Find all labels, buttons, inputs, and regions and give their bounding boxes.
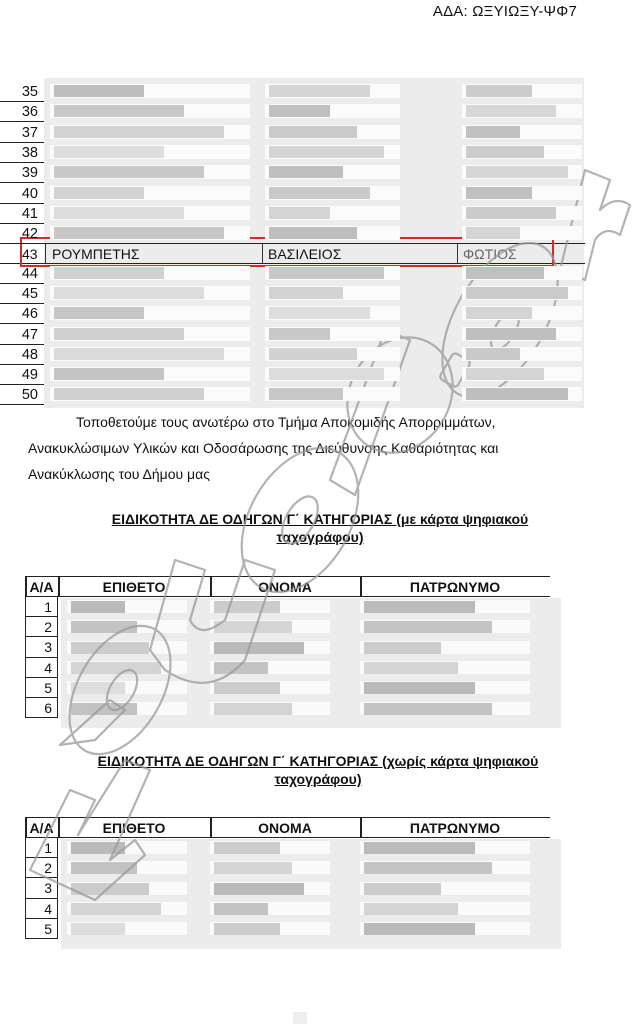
redacted-text bbox=[364, 642, 441, 654]
paragraph-line: Τοποθετούμε τους ανωτέρω στο Τμήμα Αποκο… bbox=[28, 409, 562, 435]
row-number: 50 bbox=[0, 385, 44, 405]
redacted-text bbox=[466, 105, 556, 117]
redacted-text bbox=[269, 146, 384, 158]
redacted-text bbox=[54, 146, 164, 158]
section-title-line: ταχογράφου) bbox=[90, 528, 550, 546]
redacted-text bbox=[214, 682, 280, 694]
section-title-with-tachograph: ΕΙΔΙΚΟΤΗΤΑ ΔΕ ΟΔΗΓΩΝ Γ΄ ΚΑΤΗΓΟΡΙΑΣ (με κ… bbox=[90, 510, 550, 546]
redacted-text bbox=[214, 862, 292, 874]
redacted-text bbox=[269, 187, 370, 199]
paragraph-line: Ανακύκλωσης του Δήμου μας bbox=[28, 461, 562, 487]
redacted-text bbox=[364, 903, 458, 915]
column-header: ΟΝΟΜΑ bbox=[210, 577, 360, 597]
row-number: 5 bbox=[26, 919, 57, 939]
redacted-text bbox=[269, 388, 343, 400]
row-number: 48 bbox=[0, 345, 44, 365]
row-number: 49 bbox=[0, 365, 44, 385]
column-header: ΟΝΟΜΑ bbox=[210, 818, 360, 838]
row-number: 2 bbox=[26, 858, 57, 878]
redacted-text bbox=[269, 227, 357, 239]
redacted-text bbox=[214, 703, 292, 715]
redacted-text bbox=[54, 85, 144, 97]
redacted-text bbox=[364, 862, 492, 874]
redacted-text bbox=[214, 903, 268, 915]
column-header: Α/Α bbox=[25, 818, 58, 838]
redacted-text bbox=[54, 207, 184, 219]
redacted-text bbox=[214, 601, 280, 613]
redacted-text bbox=[364, 621, 492, 633]
redacted-text bbox=[269, 307, 370, 319]
redacted-text bbox=[54, 187, 144, 199]
column-header: ΠΑΤΡΩΝΥΜΟ bbox=[360, 577, 550, 597]
column-divider bbox=[360, 818, 362, 838]
redacted-text bbox=[269, 287, 343, 299]
column-divider bbox=[210, 577, 212, 597]
redacted-text bbox=[364, 883, 441, 895]
redacted-text bbox=[364, 842, 475, 854]
row-number: 42 bbox=[0, 224, 44, 244]
row-number: 3 bbox=[26, 878, 57, 898]
redacted-text bbox=[466, 368, 544, 380]
redacted-text bbox=[71, 642, 149, 654]
redacted-text bbox=[54, 388, 204, 400]
row-number: 44 bbox=[0, 264, 44, 284]
row-number: 3 bbox=[26, 637, 57, 657]
redacted-text bbox=[71, 682, 125, 694]
redacted-text bbox=[466, 146, 544, 158]
redacted-text bbox=[54, 227, 224, 239]
redacted-text bbox=[269, 328, 330, 340]
redacted-text bbox=[466, 388, 568, 400]
redacted-text bbox=[466, 166, 568, 178]
row-number: 37 bbox=[0, 123, 44, 143]
redacted-text bbox=[364, 682, 475, 694]
row-number: 1 bbox=[26, 838, 57, 858]
redacted-text bbox=[54, 348, 224, 360]
redacted-text bbox=[269, 85, 370, 97]
redacted-text bbox=[214, 842, 280, 854]
column-divider bbox=[25, 818, 27, 838]
redacted-text bbox=[466, 85, 532, 97]
redacted-text bbox=[269, 126, 357, 138]
row-number: 45 bbox=[0, 284, 44, 304]
redacted-text bbox=[364, 923, 475, 935]
column-header: ΠΑΤΡΩΝΥΜΟ bbox=[360, 818, 550, 838]
row-number: 41 bbox=[0, 204, 44, 224]
row-number: 39 bbox=[0, 163, 44, 183]
row-number-column: 123456 bbox=[25, 597, 58, 718]
column-divider bbox=[58, 818, 60, 838]
redacted-text bbox=[71, 903, 161, 915]
column-divider bbox=[58, 577, 60, 597]
table-header: Α/ΑΕΠΙΘΕΤΟΟΝΟΜΑΠΑΤΡΩΝΥΜΟ bbox=[25, 817, 550, 838]
redacted-text bbox=[54, 105, 184, 117]
row-number: 35 bbox=[0, 82, 44, 102]
redacted-text bbox=[214, 923, 280, 935]
section-title-without-tachograph: ΕΙΔΙΚΟΤΗΤΑ ΔΕ ΟΔΗΓΩΝ Γ΄ ΚΑΤΗΓΟΡΙΑΣ (χωρί… bbox=[88, 752, 548, 788]
redacted-text bbox=[466, 227, 520, 239]
redacted-text bbox=[269, 207, 330, 219]
redacted-text bbox=[54, 328, 184, 340]
row-number: 6 bbox=[26, 698, 57, 718]
row-number: 2 bbox=[26, 617, 57, 637]
redacted-text bbox=[214, 642, 304, 654]
redacted-text bbox=[54, 368, 164, 380]
redacted-text bbox=[71, 621, 137, 633]
redacted-text bbox=[269, 267, 384, 279]
row-number: 36 bbox=[0, 102, 44, 122]
redacted-text bbox=[364, 662, 458, 674]
page-artifact bbox=[293, 1012, 307, 1024]
red-highlight-box bbox=[20, 237, 554, 267]
row-number: 38 bbox=[0, 143, 44, 163]
redacted-text bbox=[466, 126, 520, 138]
section-title-line: ταχογράφου) bbox=[88, 770, 548, 788]
redacted-text bbox=[214, 662, 268, 674]
ada-document-code: ΑΔΑ: ΩΞΥΙΩΞΥ-ΨΦ7 bbox=[433, 3, 577, 20]
redacted-text bbox=[71, 703, 137, 715]
redacted-text bbox=[466, 287, 568, 299]
redacted-text bbox=[71, 883, 149, 895]
row-number: 40 bbox=[0, 184, 44, 204]
redacted-text bbox=[466, 328, 556, 340]
redacted-text bbox=[71, 862, 137, 874]
redacted-text bbox=[71, 842, 125, 854]
redacted-text bbox=[364, 703, 492, 715]
redacted-text bbox=[54, 287, 204, 299]
column-divider bbox=[25, 577, 27, 597]
body-paragraph: Τοποθετούμε τους ανωτέρω στο Τμήμα Αποκο… bbox=[28, 409, 562, 487]
paragraph-line: Ανακυκλώσιμων Υλικών και Οδοσάρωσης της … bbox=[28, 435, 562, 461]
row-number: 1 bbox=[26, 597, 57, 617]
section-title-line: ΕΙΔΙΚΟΤΗΤΑ ΔΕ ΟΔΗΓΩΝ Γ΄ ΚΑΤΗΓΟΡΙΑΣ (με κ… bbox=[90, 510, 550, 528]
redacted-text bbox=[466, 187, 532, 199]
column-divider bbox=[210, 818, 212, 838]
redacted-text bbox=[71, 662, 161, 674]
redacted-text bbox=[54, 307, 144, 319]
redacted-text bbox=[466, 348, 520, 360]
column-header: ΕΠΙΘΕΤΟ bbox=[58, 577, 210, 597]
row-number-column: 12345 bbox=[25, 838, 58, 939]
redacted-text bbox=[269, 166, 343, 178]
column-divider bbox=[360, 577, 362, 597]
row-number: 4 bbox=[26, 658, 57, 678]
redacted-text bbox=[269, 368, 384, 380]
redacted-text bbox=[214, 883, 304, 895]
section-title-line: ΕΙΔΙΚΟΤΗΤΑ ΔΕ ΟΔΗΓΩΝ Γ΄ ΚΑΤΗΓΟΡΙΑΣ (χωρί… bbox=[88, 752, 548, 770]
redacted-text bbox=[466, 207, 556, 219]
redacted-text bbox=[54, 166, 204, 178]
row-number: 4 bbox=[26, 899, 57, 919]
redacted-text bbox=[364, 601, 475, 613]
redacted-text bbox=[269, 348, 357, 360]
row-number: 5 bbox=[26, 678, 57, 698]
row-number: 46 bbox=[0, 304, 44, 324]
table-header: Α/ΑΕΠΙΘΕΤΟΟΝΟΜΑΠΑΤΡΩΝΥΜΟ bbox=[25, 576, 550, 597]
redacted-text bbox=[54, 126, 224, 138]
redacted-text bbox=[54, 267, 164, 279]
column-header: ΕΠΙΘΕΤΟ bbox=[58, 818, 210, 838]
redacted-text bbox=[71, 601, 125, 613]
redacted-text bbox=[214, 621, 292, 633]
row-number: 47 bbox=[0, 325, 44, 345]
column-header: Α/Α bbox=[25, 577, 58, 597]
redacted-text bbox=[71, 923, 125, 935]
redacted-text bbox=[269, 105, 330, 117]
redacted-text bbox=[466, 307, 532, 319]
redacted-text bbox=[466, 267, 544, 279]
